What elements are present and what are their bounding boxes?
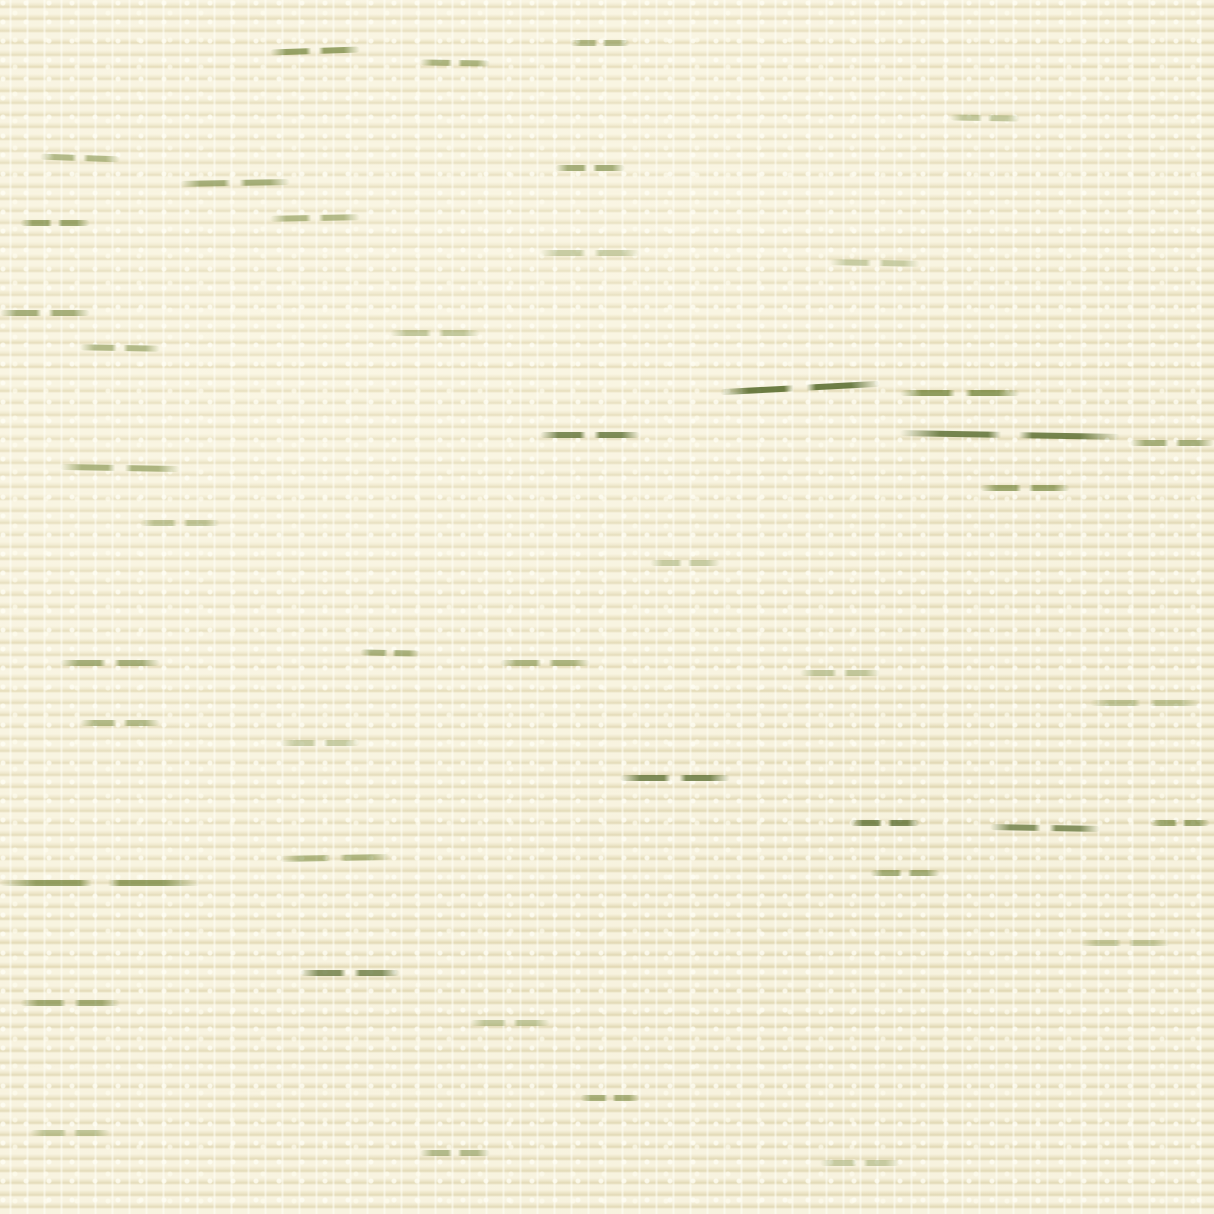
olive-yarn-streak xyxy=(900,390,1020,396)
olive-yarn-streak xyxy=(950,114,1020,121)
olive-yarn-streak xyxy=(820,1160,900,1166)
olive-yarn-streak xyxy=(870,870,940,876)
olive-yarn-streak xyxy=(540,432,640,438)
olive-yarn-streak xyxy=(500,660,590,666)
olive-yarn-streak xyxy=(30,1130,110,1136)
olive-yarn-streak xyxy=(1090,700,1200,706)
olive-yarn-streak xyxy=(390,330,480,336)
olive-yarn-streak xyxy=(80,720,160,726)
olive-yarn-streak xyxy=(570,40,630,46)
olive-yarn-streak xyxy=(580,1095,640,1101)
olive-yarn-streak xyxy=(280,740,360,746)
olive-yarn-streak xyxy=(800,670,880,676)
olive-yarn-streak xyxy=(420,59,490,66)
olive-yarn-streak xyxy=(1150,820,1210,826)
olive-yarn-streak xyxy=(20,220,90,226)
olive-yarn-streak xyxy=(540,250,640,256)
olive-yarn-streak xyxy=(555,165,625,171)
olive-yarn-streak xyxy=(300,970,400,976)
olive-yarn-streak xyxy=(1130,440,1214,446)
olive-yarn-streak xyxy=(470,1020,550,1026)
olive-yarn-streak xyxy=(1080,940,1170,946)
olive-yarn-streak xyxy=(0,880,200,886)
olive-yarn-streak xyxy=(140,520,220,526)
olive-yarn-streak xyxy=(60,660,160,666)
olive-yarn-streak xyxy=(620,775,730,781)
olive-yarn-streak xyxy=(20,1000,120,1006)
olive-yarn-streak xyxy=(850,820,920,826)
woven-fabric-texture xyxy=(0,0,1214,1214)
olive-yarn-streak xyxy=(980,485,1070,491)
olive-yarn-streak xyxy=(0,310,90,316)
olive-yarn-streak xyxy=(420,1150,490,1156)
olive-yarn-streak xyxy=(360,649,420,656)
olive-yarn-streak xyxy=(650,560,720,566)
